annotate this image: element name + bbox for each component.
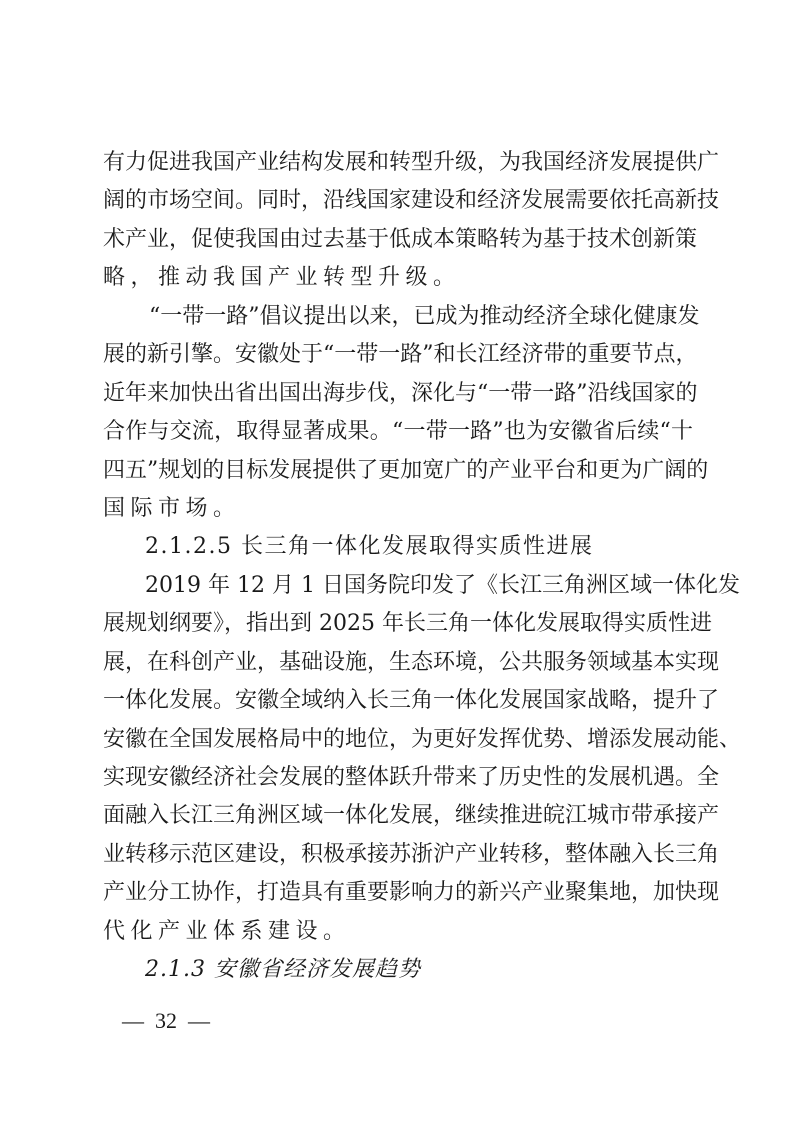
text-line: 术产业，促使我国由过去基于低成本策略转为基于技术创新策: [103, 221, 693, 259]
text-line: 近年来加快出省出国出海步伐，深化与“一带一路”沿线国家的: [103, 375, 693, 413]
text-line: 代化产业体系建设。: [103, 913, 693, 951]
page-number: — 32 —: [122, 1006, 210, 1036]
document-page: 有力促进我国产业结构发展和转型升级，为我国经济发展提供广 阔的市场空间。同时，沿…: [0, 0, 794, 1122]
text-line: 有力促进我国产业结构发展和转型升级，为我国经济发展提供广: [103, 144, 693, 182]
text-line: 略，推动我国产业转型升级。: [103, 259, 693, 297]
text-line: “一带一路”倡议提出以来，已成为推动经济全球化健康发: [103, 298, 693, 336]
text-line: 展规划纲要》，指出到 2025 年长三角一体化发展取得实质性进: [103, 605, 693, 643]
section-heading-2-1-3: 2.1.3 安徽省经济发展趋势: [103, 951, 693, 989]
text-line: 面融入长江三角洲区域一体化发展，继续推进皖江城市带承接产: [103, 797, 693, 835]
text-line: 2019 年 12 月 1 日国务院印发了《长江三角洲区域一体化发: [103, 567, 693, 605]
text-line: 一体化发展。安徽全域纳入长三角一体化发展国家战略，提升了: [103, 682, 693, 720]
text-line: 国际市场。: [103, 490, 693, 528]
paragraph-continuation: 有力促进我国产业结构发展和转型升级，为我国经济发展提供广 阔的市场空间。同时，沿…: [103, 144, 693, 298]
section-heading-2-1-2-5: 2.1.2.5 长三角一体化发展取得实质性进展: [103, 528, 693, 566]
paragraph-yangtze-delta: 2019 年 12 月 1 日国务院印发了《长江三角洲区域一体化发 展规划纲要》…: [103, 567, 693, 951]
paragraph-belt-and-road: “一带一路”倡议提出以来，已成为推动经济全球化健康发 展的新引擎。安徽处于“一带…: [103, 298, 693, 529]
text-line: 实现安徽经济社会发展的整体跃升带来了历史性的发展机遇。全: [103, 759, 693, 797]
text-line: 业转移示范区建设，积极承接苏浙沪产业转移，整体融入长三角: [103, 836, 693, 874]
body-text: 有力促进我国产业结构发展和转型升级，为我国经济发展提供广 阔的市场空间。同时，沿…: [103, 144, 693, 990]
text-line: 合作与交流，取得显著成果。“一带一路”也为安徽省后续“十: [103, 413, 693, 451]
text-line: 产业分工协作，打造具有重要影响力的新兴产业聚集地，加快现: [103, 874, 693, 912]
text-line: 展的新引擎。安徽处于“一带一路”和长江经济带的重要节点，: [103, 336, 693, 374]
text-line: 阔的市场空间。同时，沿线国家建设和经济发展需要依托高新技: [103, 182, 693, 220]
text-line: 安徽在全国发展格局中的地位，为更好发挥优势、增添发展动能、: [103, 721, 693, 759]
text-line: 展，在科创产业，基础设施，生态环境，公共服务领域基本实现: [103, 644, 693, 682]
text-line: 四五”规划的目标发展提供了更加宽广的产业平台和更为广阔的: [103, 452, 693, 490]
